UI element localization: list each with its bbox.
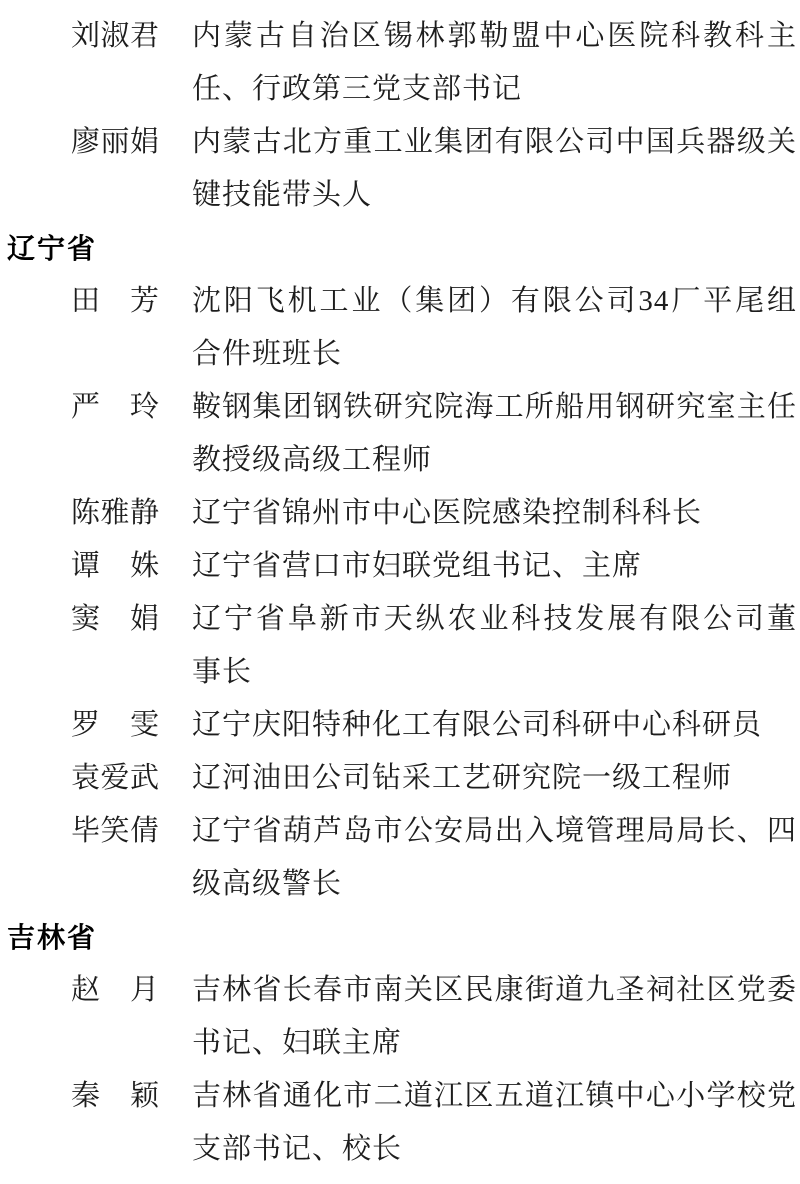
entry-row: 赵月吉林省长春市南关区民康街道九圣祠社区党委书记、妇联主席 <box>0 964 800 1070</box>
entry-description: 内蒙古北方重工业集团有限公司中国兵器级关键技能带头人 <box>192 116 797 222</box>
entry-row: 窦娟辽宁省阜新市天纵农业科技发展有限公司董事长 <box>0 593 800 699</box>
name-char: 爱 <box>100 752 129 805</box>
name-char: 廖 <box>71 116 100 169</box>
entry-desc-line: 级高级警长 <box>192 858 797 911</box>
entry-desc-line: 事长 <box>192 646 797 699</box>
name-char: 田 <box>71 275 100 328</box>
entry-description: 内蒙古自治区锡林郭勒盟中心医院科教科主任、行政第三党支部书记 <box>192 10 797 116</box>
province-header: 吉林省 <box>7 911 800 964</box>
name-char: 秦 <box>71 1070 100 1123</box>
name-char: 娟 <box>130 593 159 646</box>
entry-description: 辽河油田公司钻采工艺研究院一级工程师 <box>192 752 797 805</box>
entry-desc-line: 吉林省通化市二道江区五道江镇中心小学校党 <box>192 1070 797 1123</box>
entry-name: 刘淑君 <box>71 10 159 63</box>
entry-name: 赵月 <box>71 964 159 1017</box>
entry-row: 廖丽娟内蒙古北方重工业集团有限公司中国兵器级关键技能带头人 <box>0 116 800 222</box>
entry-name: 窦娟 <box>71 593 159 646</box>
entry-desc-line: 辽宁省阜新市天纵农业科技发展有限公司董 <box>192 593 797 646</box>
entry-row: 陈雅静辽宁省锦州市中心医院感染控制科科长 <box>0 487 800 540</box>
entry-description: 辽宁庆阳特种化工有限公司科研中心科研员 <box>192 699 797 752</box>
name-char: 玲 <box>130 381 159 434</box>
name-char: 袁 <box>71 752 100 805</box>
entry-description: 鞍钢集团钢铁研究院海工所船用钢研究室主任教授级高级工程师 <box>192 381 797 487</box>
entry-description: 辽宁省阜新市天纵农业科技发展有限公司董事长 <box>192 593 797 699</box>
name-char: 严 <box>71 381 100 434</box>
name-char: 赵 <box>71 964 100 1017</box>
entry-desc-line: 内蒙古自治区锡林郭勒盟中心医院科教科主 <box>192 10 797 63</box>
entry-desc-line: 教授级高级工程师 <box>192 434 797 487</box>
entry-name: 毕笑倩 <box>71 805 159 858</box>
entry-desc-line: 辽河油田公司钻采工艺研究院一级工程师 <box>192 752 797 805</box>
entry-desc-line: 辽宁省葫芦岛市公安局出入境管理局局长、四 <box>192 805 797 858</box>
entry-desc-line: 书记、妇联主席 <box>192 1017 797 1070</box>
name-char: 刘 <box>71 10 100 63</box>
entry-name: 廖丽娟 <box>71 116 159 169</box>
entry-description: 辽宁省营口市妇联党组书记、主席 <box>192 540 797 593</box>
entry-name: 袁爱武 <box>71 752 159 805</box>
entry-row: 袁爱武辽河油田公司钻采工艺研究院一级工程师 <box>0 752 800 805</box>
entry-row: 刘淑君内蒙古自治区锡林郭勒盟中心医院科教科主任、行政第三党支部书记 <box>0 10 800 116</box>
entry-desc-line: 辽宁庆阳特种化工有限公司科研中心科研员 <box>192 699 797 752</box>
entry-row: 谭姝辽宁省营口市妇联党组书记、主席 <box>0 540 800 593</box>
entry-desc-line: 内蒙古北方重工业集团有限公司中国兵器级关 <box>192 116 797 169</box>
name-char: 月 <box>130 964 159 1017</box>
entry-name: 田芳 <box>71 275 159 328</box>
entry-row: 罗雯辽宁庆阳特种化工有限公司科研中心科研员 <box>0 699 800 752</box>
entry-desc-line: 任、行政第三党支部书记 <box>192 63 797 116</box>
entry-desc-line: 辽宁省锦州市中心医院感染控制科科长 <box>192 487 797 540</box>
name-char: 武 <box>130 752 159 805</box>
honor-roll-document: 刘淑君内蒙古自治区锡林郭勒盟中心医院科教科主任、行政第三党支部书记廖丽娟内蒙古北… <box>0 0 800 1176</box>
province-header: 辽宁省 <box>7 222 800 275</box>
name-char: 丽 <box>100 116 129 169</box>
entry-name: 严玲 <box>71 381 159 434</box>
name-char: 谭 <box>71 540 100 593</box>
name-char: 罗 <box>71 699 100 752</box>
entry-desc-line: 吉林省长春市南关区民康街道九圣祠社区党委 <box>192 964 797 1017</box>
entry-desc-line: 鞍钢集团钢铁研究院海工所船用钢研究室主任 <box>192 381 797 434</box>
entry-description: 吉林省通化市二道江区五道江镇中心小学校党支部书记、校长 <box>192 1070 797 1176</box>
name-char: 雯 <box>130 699 159 752</box>
name-char: 倩 <box>130 805 159 858</box>
entry-row: 毕笑倩辽宁省葫芦岛市公安局出入境管理局局长、四级高级警长 <box>0 805 800 911</box>
name-char: 窦 <box>71 593 100 646</box>
entry-description: 辽宁省锦州市中心医院感染控制科科长 <box>192 487 797 540</box>
name-char: 芳 <box>130 275 159 328</box>
name-char: 娟 <box>130 116 159 169</box>
entry-description: 辽宁省葫芦岛市公安局出入境管理局局长、四级高级警长 <box>192 805 797 911</box>
entry-row: 严玲鞍钢集团钢铁研究院海工所船用钢研究室主任教授级高级工程师 <box>0 381 800 487</box>
entry-row: 秦颖吉林省通化市二道江区五道江镇中心小学校党支部书记、校长 <box>0 1070 800 1176</box>
name-char: 颖 <box>130 1070 159 1123</box>
entry-desc-line: 键技能带头人 <box>192 169 797 222</box>
entry-name: 陈雅静 <box>71 487 159 540</box>
name-char: 淑 <box>100 10 129 63</box>
entry-desc-line: 沈阳飞机工业（集团）有限公司34厂平尾组 <box>192 275 797 328</box>
entry-description: 沈阳飞机工业（集团）有限公司34厂平尾组合件班班长 <box>192 275 797 381</box>
entry-name: 秦颖 <box>71 1070 159 1123</box>
name-char: 陈 <box>71 487 100 540</box>
name-char: 毕 <box>71 805 100 858</box>
entry-desc-line: 合件班班长 <box>192 328 797 381</box>
entry-desc-line: 支部书记、校长 <box>192 1123 797 1176</box>
name-char: 君 <box>130 10 159 63</box>
entry-description: 吉林省长春市南关区民康街道九圣祠社区党委书记、妇联主席 <box>192 964 797 1070</box>
name-char: 笑 <box>100 805 129 858</box>
name-char: 静 <box>130 487 159 540</box>
entry-name: 罗雯 <box>71 699 159 752</box>
entry-name: 谭姝 <box>71 540 159 593</box>
entry-row: 田芳沈阳飞机工业（集团）有限公司34厂平尾组合件班班长 <box>0 275 800 381</box>
entry-desc-line: 辽宁省营口市妇联党组书记、主席 <box>192 540 797 593</box>
name-char: 雅 <box>100 487 129 540</box>
name-char: 姝 <box>130 540 159 593</box>
